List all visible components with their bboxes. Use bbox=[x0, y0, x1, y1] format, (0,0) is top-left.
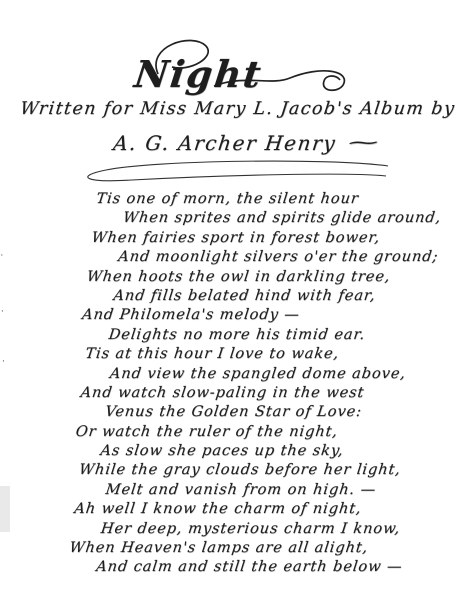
manuscript-page: Night Written for Miss Mary L. Jacob's A… bbox=[0, 0, 474, 590]
poem-line: And calm and still the earth below — bbox=[95, 557, 474, 576]
poem-line: And fills belated hind with fear, bbox=[112, 286, 474, 305]
poem-line: Her deep, mysterious charm I know, bbox=[100, 519, 474, 538]
page-title: Night bbox=[132, 52, 265, 96]
poem-line: When hoots the owl in darkling tree, bbox=[86, 267, 474, 286]
poem-line: Tis one of morn, the silent hour bbox=[95, 189, 474, 208]
byline: A. G. Archer Henry~ bbox=[0, 131, 474, 155]
poem-line: Or watch the ruler of the night, bbox=[75, 422, 474, 441]
scan-speck: · bbox=[2, 358, 5, 367]
poem-line: Venus the Golden Star of Love: bbox=[104, 402, 474, 421]
byline-text: A. G. Archer Henry bbox=[112, 131, 338, 155]
poem-line: And watch slow-paling in the west bbox=[79, 383, 474, 402]
dedication-line: Written for Miss Mary L. Jacob's Album b… bbox=[0, 99, 474, 119]
dedication-text: Written for Miss Mary L. Jacob's Album b… bbox=[19, 99, 456, 119]
calligraphic-underline-icon bbox=[70, 158, 392, 186]
poem-body: Tis one of morn, the silent hour When sp… bbox=[0, 189, 474, 577]
poem-line: When Heaven's lamps are all alight, bbox=[68, 538, 474, 557]
poem-line: As slow she paces up the sky, bbox=[99, 441, 474, 460]
poem-line: While the gray clouds before her light, bbox=[78, 460, 474, 479]
poem-line: Delights no more his timid ear. bbox=[108, 325, 474, 344]
poem-line: When sprites and spirits glide around, bbox=[122, 208, 474, 227]
scan-speck: · bbox=[0, 252, 4, 261]
poem-line: And Philomela's melody — bbox=[81, 305, 474, 324]
scan-edge-band bbox=[0, 486, 10, 532]
byline-flourish: ~ bbox=[345, 132, 385, 153]
poem-line: And view the spangled dome above, bbox=[109, 364, 474, 383]
poem-line: When fairies sport in forest bower, bbox=[90, 228, 474, 247]
poem-line: And moonlight silvers o'er the ground; bbox=[117, 247, 474, 266]
poem-line: Melt and vanish from on high. — bbox=[105, 480, 474, 499]
poem-line: Tis at this hour I love to wake, bbox=[84, 344, 474, 363]
title-block: Night bbox=[118, 30, 358, 102]
poem-line: Ah well I know the charm of night, bbox=[73, 499, 474, 518]
scan-speck: · bbox=[1, 308, 4, 317]
